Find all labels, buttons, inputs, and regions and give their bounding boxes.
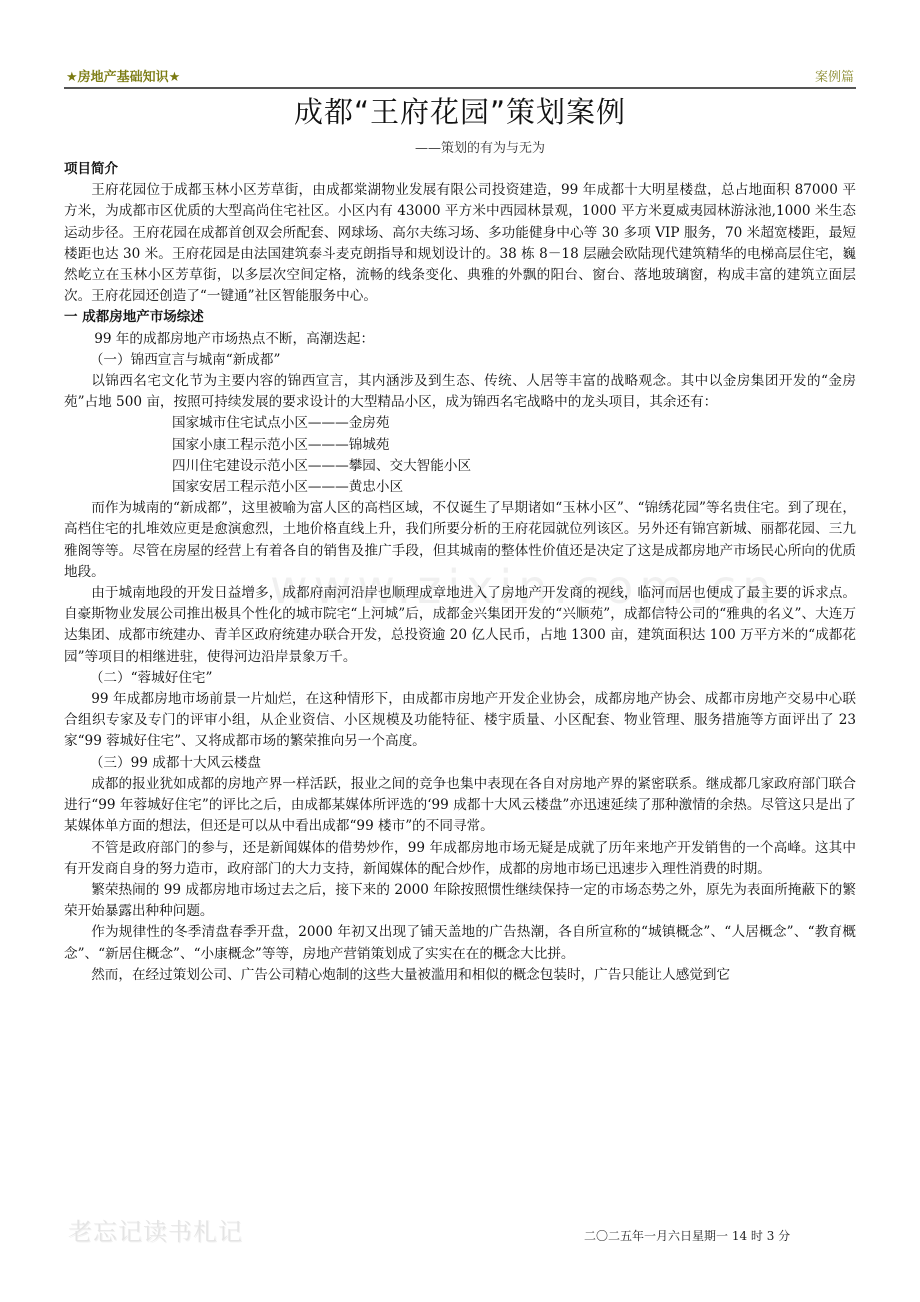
document-page: ★房地产基础知识★ 案例篇 成都“王府花园”策划案例 ——策划的有为与无为 ww… <box>0 0 920 1302</box>
footer-logo: 老忘记读书札记 <box>68 1212 243 1247</box>
subheading-rongcheng: （二）“蓉城好住宅” <box>64 668 856 689</box>
paragraph-intro: 王府花园位于成都玉林小区芳草街，由成都棠湖物业发展有限公司投资建造，99 年成都… <box>64 180 856 307</box>
header-series-label: ★房地产基础知识★ <box>66 66 180 85</box>
page-header: ★房地产基础知识★ 案例篇 <box>64 64 856 86</box>
paragraph-2000: 繁荣热闹的 99 成都房地市场过去之后，接下来的 2000 年除按照惯性继续保持… <box>64 880 856 922</box>
document-title: 成都“王府花园”策划案例 <box>0 90 920 131</box>
award-list-item: 国家小康工程示范小区———锦城苑 <box>172 435 856 456</box>
document-subtitle: ——策划的有为与无为 <box>0 137 920 156</box>
award-list-item: 四川住宅建设示范小区———攀园、交大智能小区 <box>172 456 856 477</box>
paragraph-concepts: 作为规律性的冬季清盘春季开盘，2000 年初又出现了铺天盖地的广告热潮，各自所宣… <box>64 922 856 964</box>
award-list-item: 国家安居工程示范小区———黄忠小区 <box>172 477 856 498</box>
award-list-item: 国家城市住宅试点小区———金房苑 <box>172 413 856 434</box>
section-heading-market: 一 成都房地产市场综述 <box>64 307 856 328</box>
section-heading-intro: 项目简介 <box>64 159 856 180</box>
paragraph-chengnan: 而作为城南的“新成都”，这里被喻为富人区的高档区域，不仅诞生了早期诸如“玉林小区… <box>64 498 856 583</box>
award-list: 国家城市住宅试点小区———金房苑 国家小康工程示范小区———锦城苑 四川住宅建设… <box>64 413 856 498</box>
paragraph-market-lead: 99 年的成都房地产市场热点不断，高潮迭起： <box>64 329 856 350</box>
paragraph-peak: 不管是政府部门的参与，还是新闻媒体的借势炒作，99 年成都房地市场无疑是成就了历… <box>64 838 856 880</box>
paragraph-top10: 成都的报业犹如成都的房地产界一样活跃，报业之间的竞争也集中表现在各自对房地产界的… <box>64 774 856 838</box>
subheading-top10: （三）99 成都十大风云楼盘 <box>64 753 856 774</box>
subheading-jinxi: （一）锦西宣言与城南“新成都” <box>64 350 856 371</box>
paragraph-riverside: 由于城南地段的开发日益增多，成都府南河沿岸也顺理成章地进入了房地产开发商的视线，… <box>64 583 856 668</box>
paragraph-rongcheng: 99 年成都房地市场前景一片灿烂，在这种情形下，由成都市房地产开发企业协会，成都… <box>64 689 856 753</box>
paragraph-however: 然而，在经过策划公司、广告公司精心炮制的这些大量被滥用和相似的概念包装时，广告只… <box>64 965 856 986</box>
paragraph-jinxi: 以锦西名宅文化节为主要内容的锦西宣言，其内涵涉及到生态、传统、人居等丰富的战略观… <box>64 371 856 413</box>
footer-datetime: 二〇二五年一月六日星期一 14 时 3 分 <box>584 1227 790 1244</box>
document-body: 项目简介 王府花园位于成都玉林小区芳草街，由成都棠湖物业发展有限公司投资建造，9… <box>64 159 856 986</box>
header-divider <box>64 87 856 89</box>
header-section-label: 案例篇 <box>815 66 854 85</box>
